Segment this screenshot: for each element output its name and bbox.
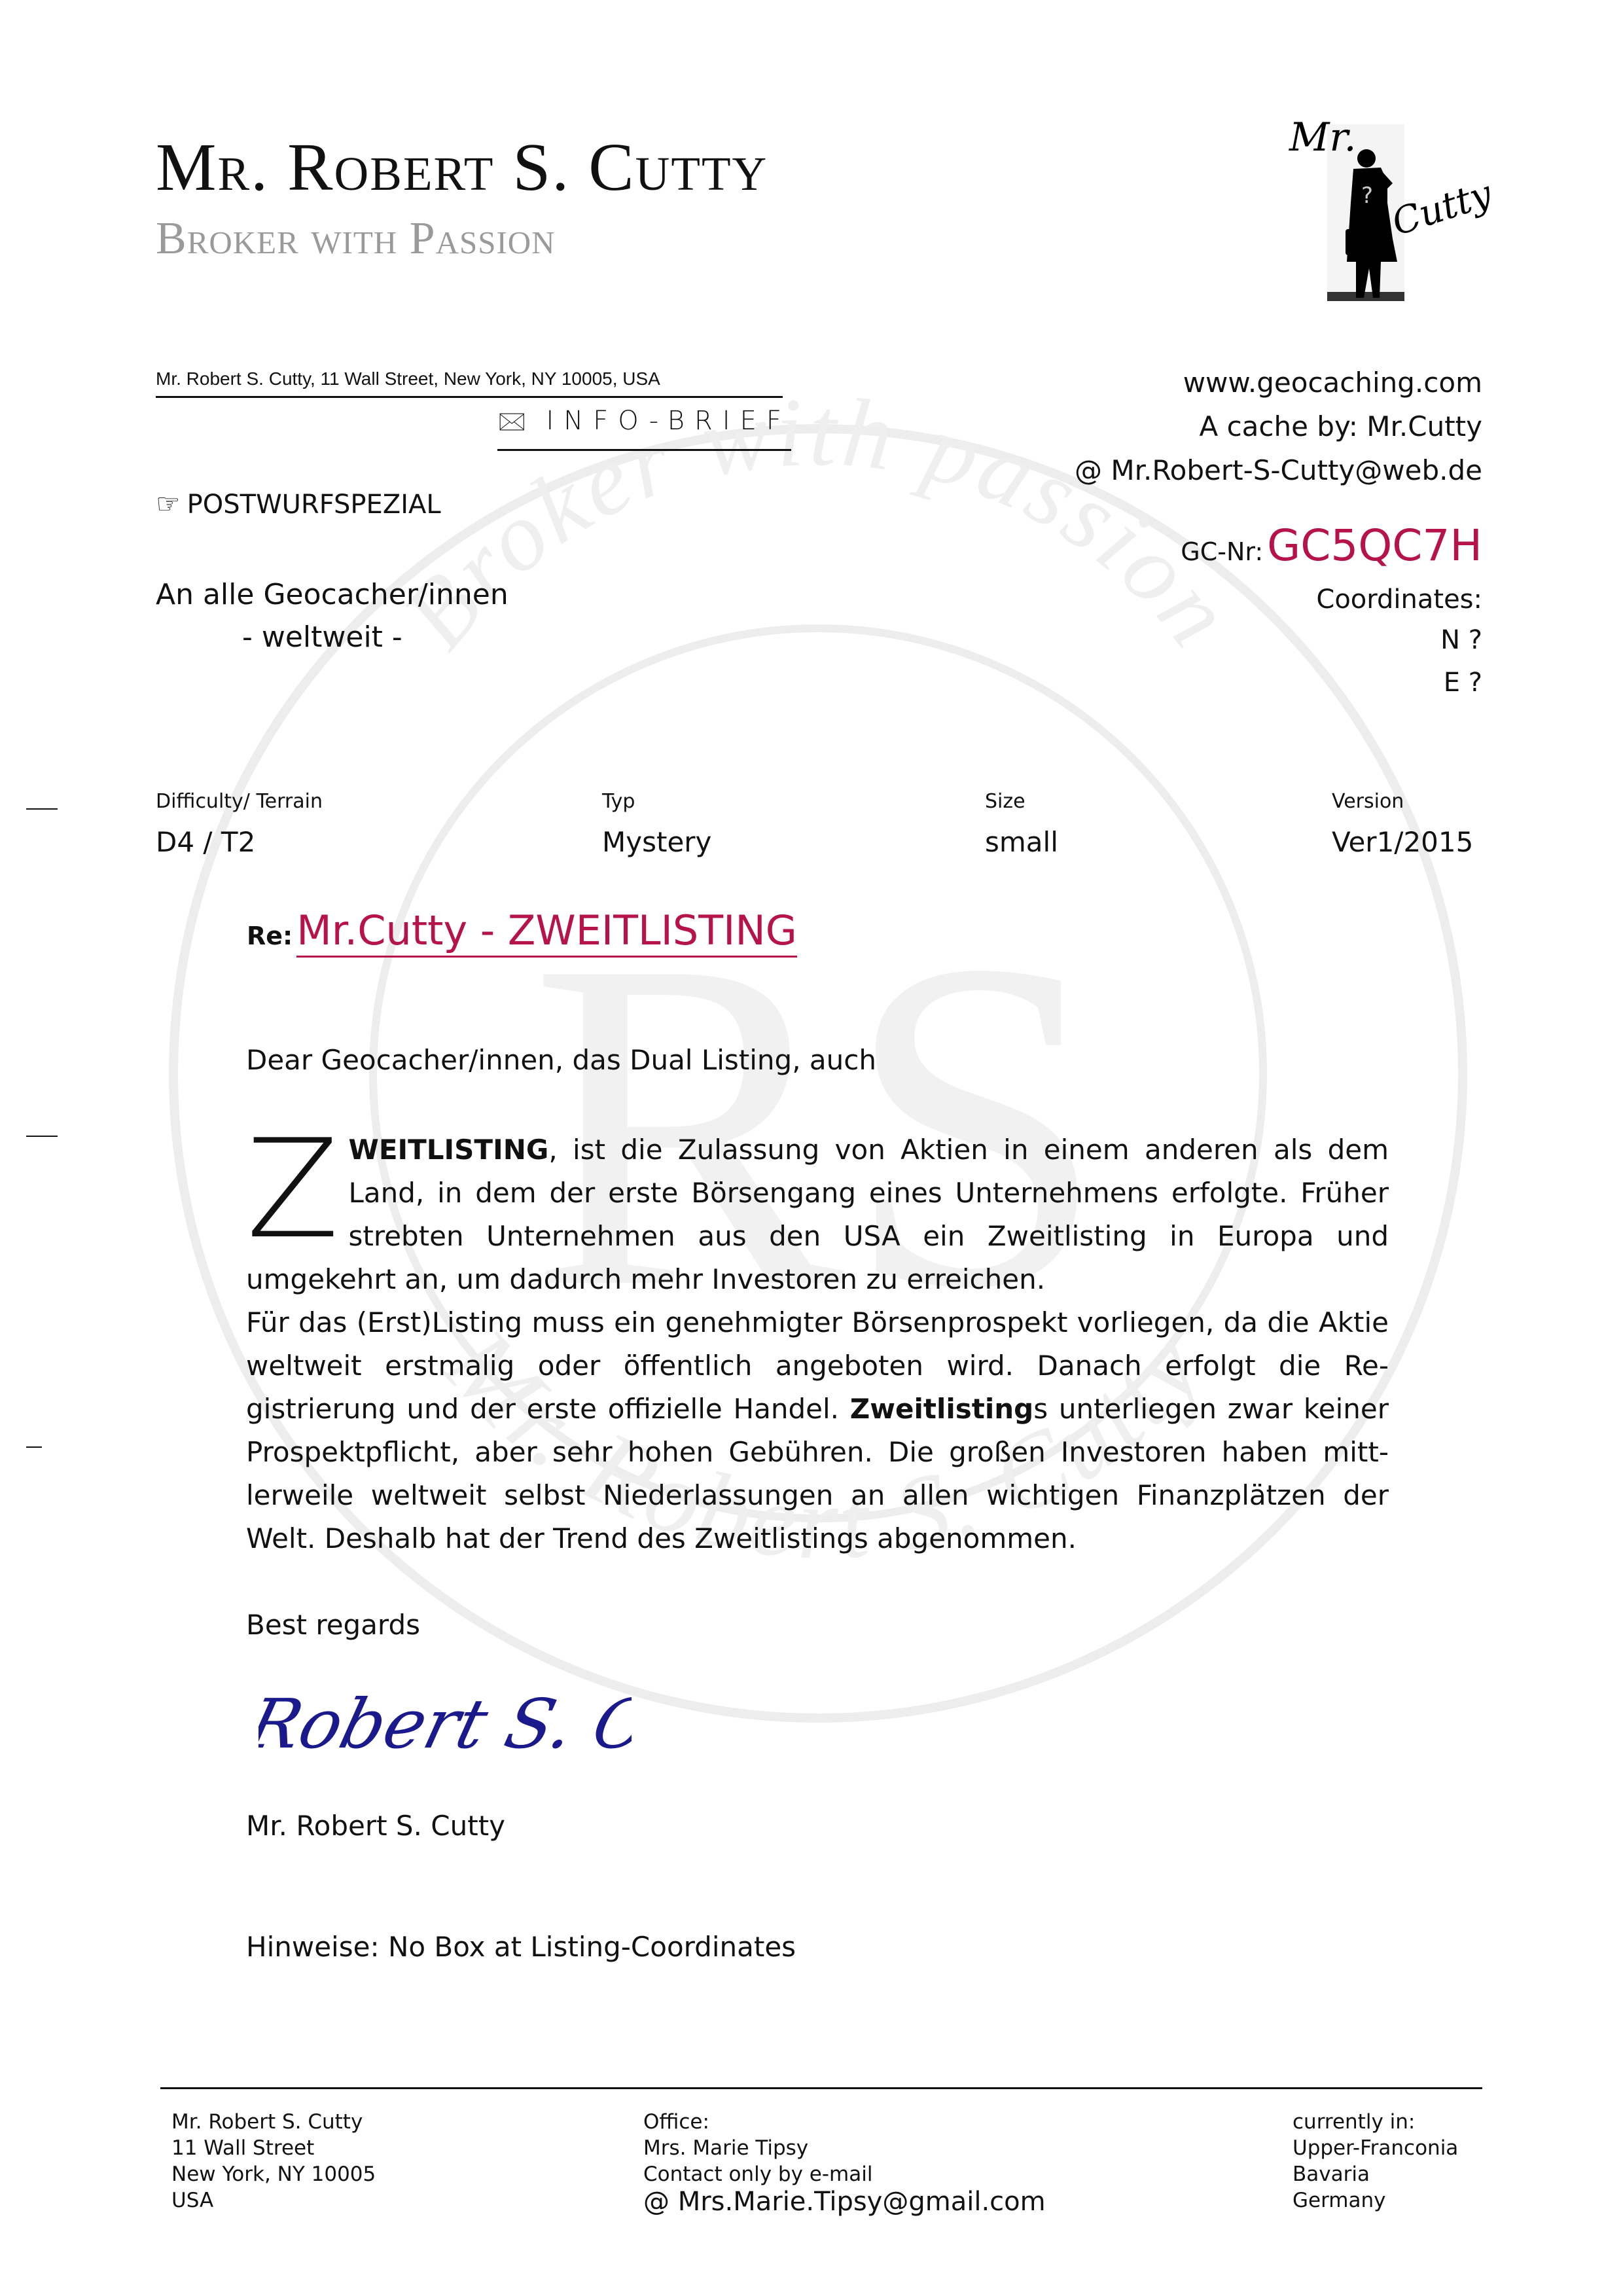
footer-address-line: Mr. Robert S. Cutty bbox=[171, 2109, 376, 2135]
footer-office-line: Office: bbox=[643, 2109, 1046, 2135]
gc-number-row: GC-Nr:GC5QC7H bbox=[1181, 520, 1482, 571]
postwurf-label: ☞POSTWURFSPEZIAL bbox=[156, 488, 441, 520]
letterhead-subtitle: Broker with Passion bbox=[156, 213, 556, 265]
subject-prefix: Re: bbox=[247, 922, 293, 950]
website-link[interactable]: www.geocaching.com bbox=[1183, 367, 1482, 399]
footer-office-line: Contact only by e-mail bbox=[643, 2161, 1046, 2187]
footer-location-line: currently in: bbox=[1293, 2109, 1458, 2135]
greeting: Dear Geocacher/innen, das Dual Listing, … bbox=[246, 1044, 876, 1076]
letter-body: ZWEITLISTING, ist die Zulassung von Akti… bbox=[246, 1128, 1389, 1560]
version-label: Version bbox=[1332, 790, 1404, 813]
footer-address-line: New York, NY 10005 bbox=[171, 2161, 376, 2187]
recipient-line-2: - weltweit - bbox=[242, 620, 402, 654]
type-value: Mystery bbox=[602, 826, 711, 858]
fold-mark bbox=[26, 1446, 42, 1448]
drop-cap: Z bbox=[246, 1132, 340, 1247]
signer-name: Mr. Robert S. Cutty bbox=[246, 1810, 505, 1842]
postwurf-text: POSTWURFSPEZIAL bbox=[187, 490, 441, 520]
subject-text: Mr.Cutty - ZWEITLISTING bbox=[296, 906, 797, 958]
footer-location-line: Upper-Franconia bbox=[1293, 2135, 1458, 2161]
punch-mark bbox=[26, 1136, 58, 1137]
handwritten-signature: Robert S. Cutty bbox=[259, 1662, 632, 1793]
footer-office-line: Mrs. Marie Tipsy bbox=[643, 2135, 1046, 2161]
footer-address-line: USA bbox=[171, 2187, 376, 2214]
envelope-icon: 🖂 bbox=[497, 406, 526, 435]
fold-mark bbox=[26, 808, 58, 810]
mail-type-label: 🖂INFO-BRIEF bbox=[497, 403, 791, 451]
mail-type-text: INFO-BRIEF bbox=[546, 406, 791, 436]
recipient-line-1: An alle Geocacher/innen bbox=[156, 578, 508, 611]
footer-address-line: 11 Wall Street bbox=[171, 2135, 376, 2161]
coordinate-east: E ? bbox=[1444, 668, 1482, 698]
sender-return-address: Mr. Robert S. Cutty, 11 Wall Street, New… bbox=[156, 368, 783, 398]
mr-cutty-logo: ? Mr. Cutty bbox=[1283, 105, 1492, 308]
letterhead-title: Mr. Robert S. Cutty bbox=[156, 128, 768, 206]
size-label: Size bbox=[985, 790, 1026, 813]
signature-text: Robert S. Cutty bbox=[259, 1684, 632, 1763]
type-label: Typ bbox=[602, 790, 635, 813]
question-mark-icon: ? bbox=[1361, 183, 1373, 209]
logo-text-mr: Mr. bbox=[1289, 115, 1357, 160]
difficulty-terrain-value: D4 / T2 bbox=[156, 826, 255, 858]
footer-location: currently in: Upper-Franconia Bavaria Ge… bbox=[1293, 2109, 1458, 2214]
gc-number-label: GC-Nr: bbox=[1181, 537, 1263, 566]
paragraph-2-bold: Zweitlisting bbox=[850, 1393, 1033, 1425]
office-email-link[interactable]: @ Mrs.Marie.Tipsy@gmail.com bbox=[643, 2187, 1046, 2216]
size-value: small bbox=[985, 826, 1058, 858]
difficulty-terrain-label: Difficulty/ Terrain bbox=[156, 790, 323, 813]
version-value: Ver1/2015 bbox=[1332, 826, 1473, 858]
closing: Best regards bbox=[246, 1609, 420, 1641]
coordinates-label: Coordinates: bbox=[1316, 584, 1482, 615]
pointing-hand-icon: ☞ bbox=[156, 488, 181, 520]
footer-address: Mr. Robert S. Cutty 11 Wall Street New Y… bbox=[171, 2109, 376, 2214]
owner-email[interactable]: @ Mr.Robert-S-Cutty@web.de bbox=[1075, 454, 1482, 486]
cache-owner: A cache by: Mr.Cutty bbox=[1199, 410, 1482, 442]
footer-office: Office: Mrs. Marie Tipsy Contact only by… bbox=[643, 2109, 1046, 2216]
subject-line: Re:Mr.Cutty - ZWEITLISTING bbox=[247, 906, 797, 954]
hint-note: Hinweise: No Box at Listing-Coordinates bbox=[246, 1931, 796, 1963]
gc-number: GC5QC7H bbox=[1267, 520, 1482, 571]
footer-location-line: Germany bbox=[1293, 2187, 1458, 2214]
coordinate-north: N ? bbox=[1440, 625, 1482, 655]
footer-location-line: Bavaria bbox=[1293, 2161, 1458, 2187]
lead-bold-text: WEITLISTING bbox=[349, 1134, 549, 1166]
footer-divider bbox=[160, 2087, 1482, 2089]
